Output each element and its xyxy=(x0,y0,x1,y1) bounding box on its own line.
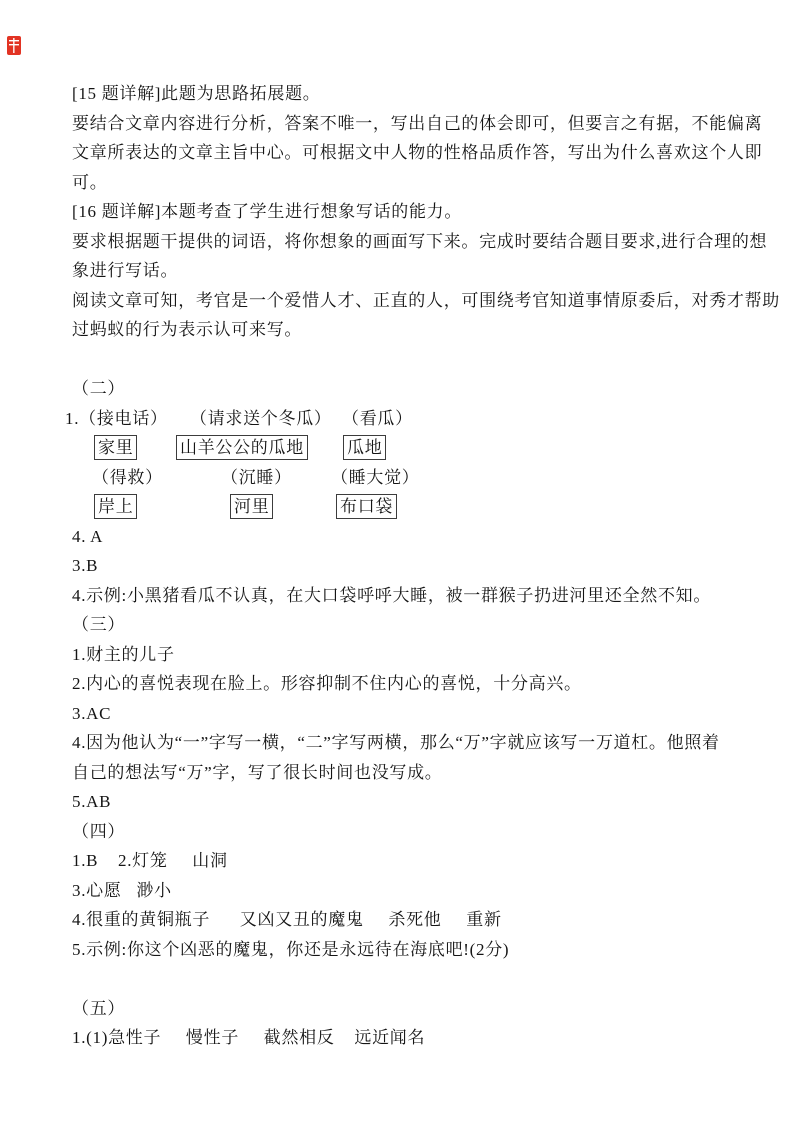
q15-line: 可。 xyxy=(72,168,750,198)
q15-line: 要结合文章内容进行分析，答案不唯一，写出自己的体会即可，但要言之有据，不能偏离 xyxy=(72,109,750,139)
answer-line: 5.示例:你这个凶恶的魔鬼，你还是永远待在海底吧!(2分) xyxy=(72,935,750,965)
boxed-answer: 山羊公公的瓜地 xyxy=(176,435,308,460)
boxed-answer: 瓜地 xyxy=(343,435,386,460)
part4-title: （四） xyxy=(72,817,750,847)
blank-line xyxy=(72,964,750,994)
answer-line: 3.B xyxy=(72,551,750,581)
answer-line: 4. A xyxy=(72,522,750,552)
answer-label: 1.（接电话） xyxy=(65,404,168,434)
blank-line xyxy=(72,345,750,375)
answer-label: （看瓜） xyxy=(342,404,413,434)
answer-line: 5.AB xyxy=(72,787,750,817)
part2-title: （二） xyxy=(72,374,750,404)
part2-row2-labels: （得救） （沉睡） （睡大觉） xyxy=(72,463,750,493)
answer-line: 1.财主的儿子 xyxy=(72,640,750,670)
answer-line: 3.AC xyxy=(72,699,750,729)
answer-label: （请求送个冬瓜） xyxy=(190,404,332,434)
answer-label: （得救） xyxy=(92,463,163,493)
answer-line: 1.B 2.灯笼 山洞 xyxy=(72,846,750,876)
q16-line: 要求根据题干提供的词语，将你想象的画面写下来。完成时要结合题目要求,进行合理的想 xyxy=(72,227,750,257)
answer-line: 2.内心的喜悦表现在脸上。形容抑制不住内心的喜悦，十分高兴。 xyxy=(72,669,750,699)
document-page: [15 题详解]此题为思路拓展题。 要结合文章内容进行分析，答案不唯一，写出自己… xyxy=(0,0,794,1123)
q16-heading: [16 题详解]本题考查了学生进行想象写话的能力。 xyxy=(72,197,750,227)
red-stamp-icon xyxy=(7,36,21,55)
boxed-answer: 岸上 xyxy=(94,494,137,519)
answer-label: （沉睡） xyxy=(221,463,292,493)
document-body: [15 题详解]此题为思路拓展题。 要结合文章内容进行分析，答案不唯一，写出自己… xyxy=(72,79,750,1053)
q15-line: 文章所表达的文章主旨中心。可根据文中人物的性格品质作答，写出为什么喜欢这个人即 xyxy=(72,138,750,168)
part2-row1-labels: 1.（接电话） （请求送个冬瓜） （看瓜） xyxy=(72,404,750,434)
boxed-answer: 布口袋 xyxy=(336,494,397,519)
q16-line: 阅读文章可知，考官是一个爱惜人才、正直的人，可围绕考官知道事情原委后，对秀才帮助 xyxy=(72,286,750,316)
boxed-answer: 家里 xyxy=(94,435,137,460)
part3-title: （三） xyxy=(72,610,750,640)
part2-row1-answers: 家里 山羊公公的瓜地 瓜地 xyxy=(72,433,750,463)
answer-label: （睡大觉） xyxy=(331,463,420,493)
part5-title: （五） xyxy=(72,994,750,1024)
answer-line: 1.(1)急性子 慢性子 截然相反 远近闻名 xyxy=(72,1023,750,1053)
q16-line: 过蚂蚁的行为表示认可来写。 xyxy=(72,315,750,345)
boxed-answer: 河里 xyxy=(230,494,273,519)
answer-line: 4.因为他认为“一”字写一横，“二”字写两横，那么“万”字就应该写一万道杠。他照… xyxy=(72,728,750,758)
answer-line: 自己的想法写“万”字，写了很长时间也没写成。 xyxy=(72,758,750,788)
q15-heading: [15 题详解]此题为思路拓展题。 xyxy=(72,79,750,109)
answer-line: 4.很重的黄铜瓶子 又凶又丑的魔鬼 杀死他 重新 xyxy=(72,905,750,935)
q16-line: 象进行写话。 xyxy=(72,256,750,286)
part2-row2-answers: 岸上 河里 布口袋 xyxy=(72,492,750,522)
answer-line: 3.心愿 渺小 xyxy=(72,876,750,906)
answer-line: 4.示例:小黑猪看瓜不认真，在大口袋呼呼大睡，被一群猴子扔进河里还全然不知。 xyxy=(72,581,750,611)
